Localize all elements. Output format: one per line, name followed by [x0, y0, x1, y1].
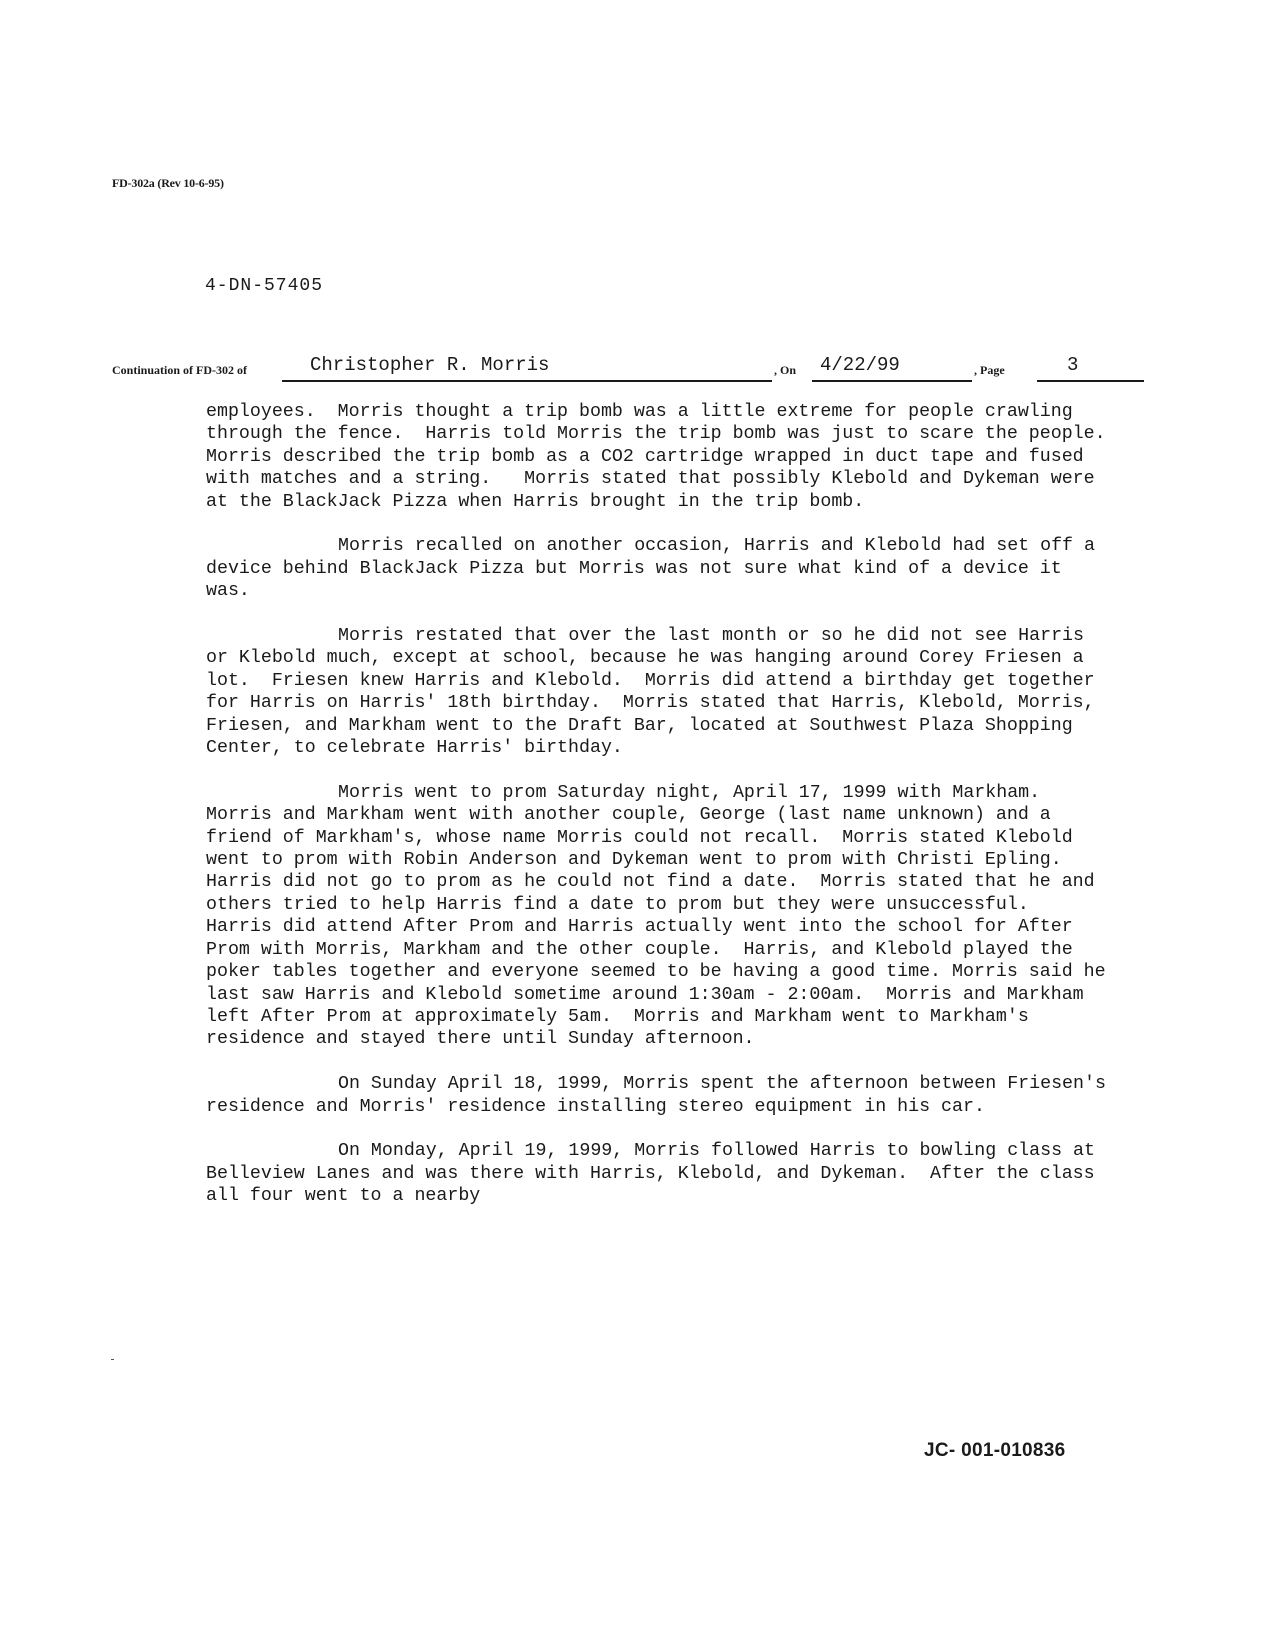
page-field: 3 [1037, 354, 1144, 382]
paragraph: On Sunday April 18, 1999, Morris spent t… [206, 1073, 1106, 1118]
paragraph: Morris restated that over the last month… [206, 625, 1106, 759]
subject-name: Christopher R. Morris [310, 354, 549, 376]
page-number: 3 [1067, 354, 1078, 376]
paragraph: On Monday, April 19, 1999, Morris follow… [206, 1140, 1106, 1207]
paragraph: Morris recalled on another occasion, Har… [206, 535, 1106, 602]
form-id: FD-302a (Rev 10-6-95) [112, 176, 224, 191]
interview-date: 4/22/99 [820, 354, 900, 376]
paragraph: employees. Morris thought a trip bomb wa… [206, 401, 1106, 513]
subject-field: Christopher R. Morris [282, 354, 772, 382]
date-field: 4/22/99 [812, 354, 972, 382]
file-number: 4-DN-57405 [205, 276, 323, 296]
scan-speck [111, 1359, 114, 1360]
paragraph: Morris went to prom Saturday night, Apri… [206, 782, 1106, 1051]
page-label: , Page [974, 363, 1005, 378]
bates-stamp: JC- 001-010836 [924, 1440, 1066, 1462]
on-label: , On [774, 363, 796, 378]
continuation-header: Continuation of FD-302 of Christopher R.… [112, 352, 1144, 382]
report-body: employees. Morris thought a trip bomb wa… [206, 401, 1106, 1230]
continuation-label: Continuation of FD-302 of [112, 363, 247, 378]
